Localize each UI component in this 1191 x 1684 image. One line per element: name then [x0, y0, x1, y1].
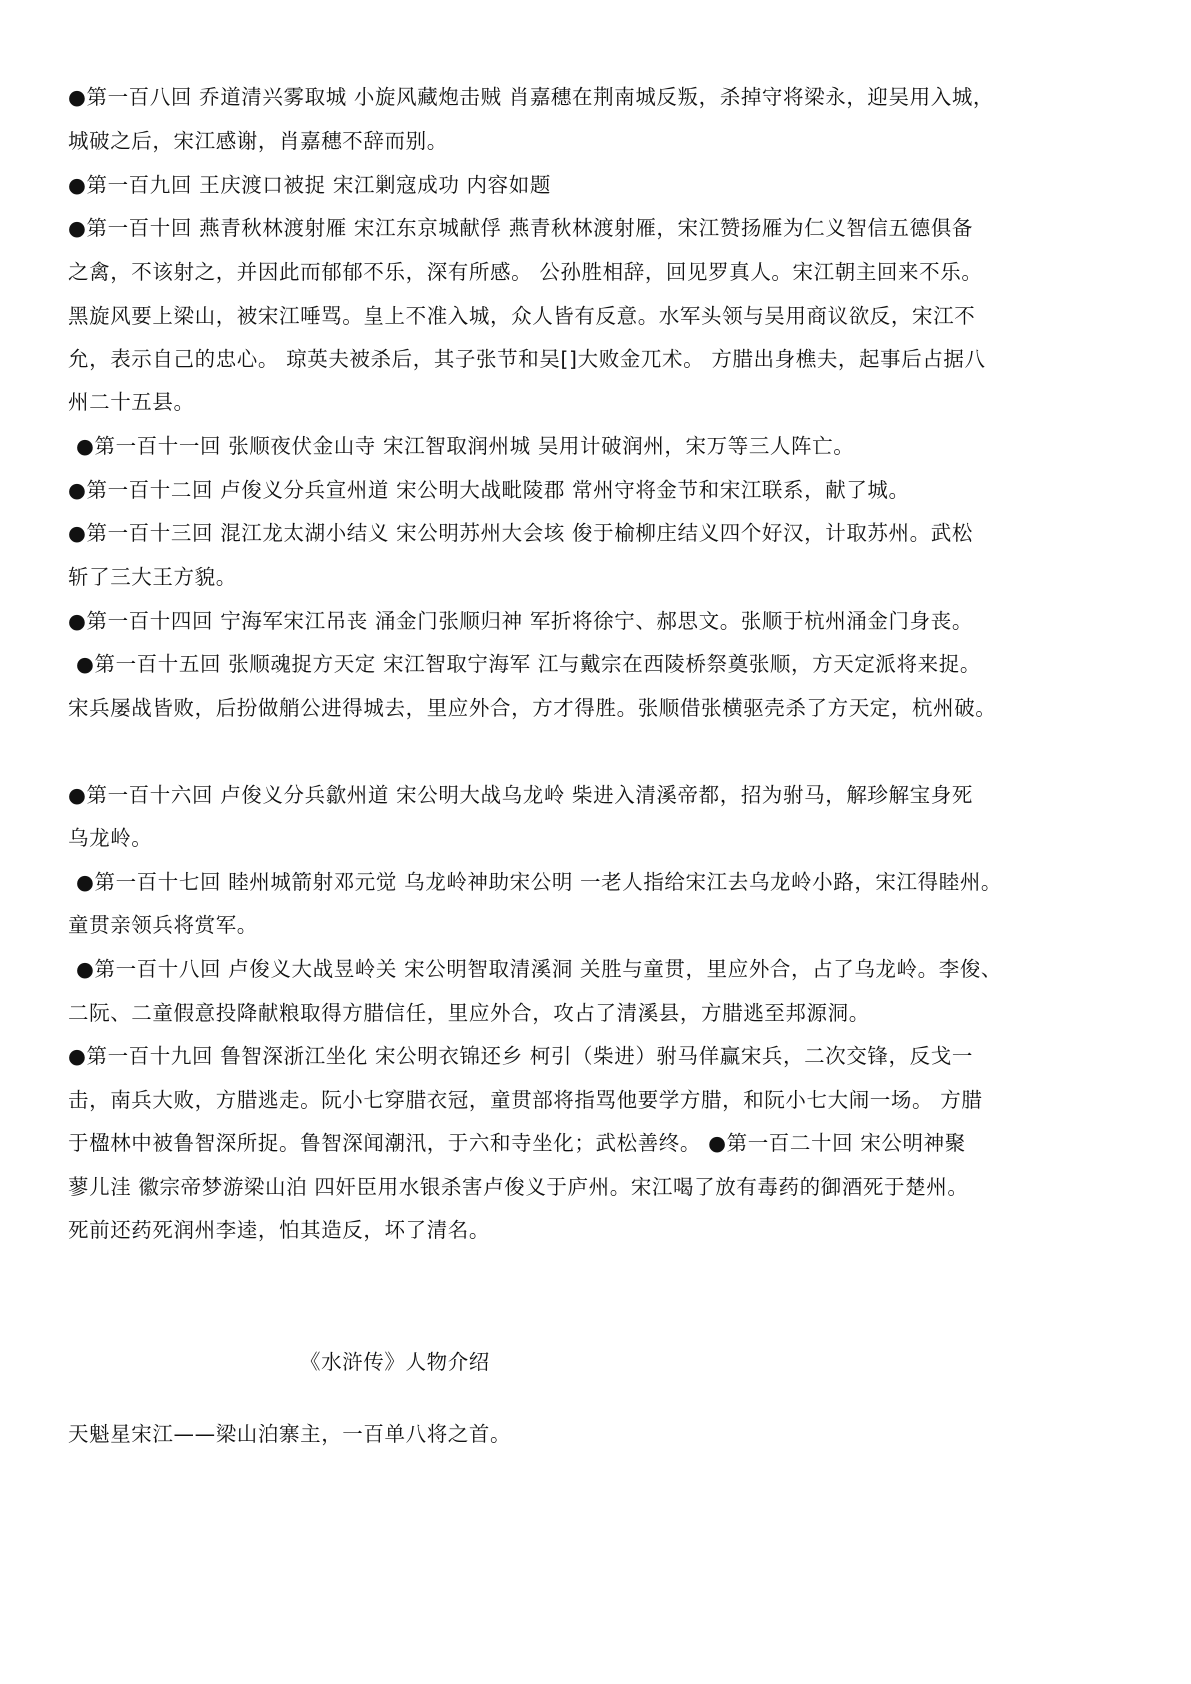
text-line-11: ●第一百十三回 混江龙太湖小结义 宋公明苏州大会垓 俊于榆柳庄结义四个好汉，计取… [68, 519, 973, 547]
text-line-25: 蓼儿洼 徽宗帝梦游梁山泊 四奸臣用水银杀害卢俊义于庐州。宋江喝了放有毒药的御酒死… [68, 1173, 968, 1201]
text-line-14: ●第一百十五回 张顺魂捉方天定 宋江智取宁海军 江与戴宗在西陵桥祭奠张顺，方天定… [76, 650, 981, 678]
text-line-5: 之禽，不该射之，并因此而郁郁不乐，深有所感。 公孙胜相辞，回见罗真人。宋江朝主回… [68, 258, 982, 286]
text-line-21: 二阮、二童假意投降献粮取得方腊信任，里应外合，攻占了清溪县，方腊逃至邦源洞。 [68, 999, 870, 1027]
text-line-1: ●第一百八回 乔道清兴雾取城 小旋风藏炮击贼 肖嘉穗在荆南城反叛，杀掉守将梁永，… [68, 83, 994, 111]
text-line-26: 死前还药死润州李逵，怕其造反，坏了清名。 [68, 1216, 490, 1244]
text-line-15: 宋兵屡战皆败，后扮做艄公进得城去，里应外合，方才得胜。张顺借张横驱壳杀了方天定，… [68, 694, 996, 722]
section-title: 《水浒传》人物介绍 [300, 1348, 490, 1376]
text-line-3: ●第一百九回 王庆渡口被捉 宋江剿寇成功 内容如题 [68, 171, 551, 199]
text-line-13: ●第一百十四回 宁海军宋江吊丧 涌金门张顺归神 军折将徐宁、郝思文。张顺于杭州涌… [68, 607, 973, 635]
text-line-12: 斩了三大王方貌。 [68, 563, 237, 591]
document-page: ●第一百八回 乔道清兴雾取城 小旋风藏炮击贼 肖嘉穗在荆南城反叛，杀掉守将梁永，… [0, 0, 1191, 1684]
text-line-18: ●第一百十七回 睦州城箭射邓元觉 乌龙岭神助宋公明 一老人指给宋江去乌龙岭小路，… [76, 868, 1002, 896]
text-line-4: ●第一百十回 燕青秋林渡射雁 宋江东京城献俘 燕青秋林渡射雁，宋江赞扬雁为仁义智… [68, 214, 973, 242]
text-line-8: 州二十五县。 [68, 388, 195, 416]
text-line-20: ●第一百十八回 卢俊义大战昱岭关 宋公明智取清溪洞 关胜与童贯，里应外合，占了乌… [76, 955, 1002, 983]
text-line-10: ●第一百十二回 卢俊义分兵宣州道 宋公明大战毗陵郡 常州守将金节和宋江联系，献了… [68, 476, 910, 504]
character-intro: 天魁星宋江——梁山泊寨主，一百单八将之首。 [68, 1420, 511, 1448]
text-line-24: 于楹林中被鲁智深所捉。鲁智深闻潮汛，于六和寺坐化；武松善终。 ●第一百二十回 宋… [68, 1129, 966, 1157]
text-line-16: ●第一百十六回 卢俊义分兵歙州道 宋公明大战乌龙岭 柴进入清溪帝都，招为驸马，解… [68, 781, 973, 809]
text-line-6: 黑旋风要上梁山，被宋江唾骂。皇上不准入城，众人皆有反意。水军头领与吴用商议欲反，… [68, 302, 975, 330]
text-line-2: 城破之后，宋江感谢，肖嘉穗不辞而别。 [68, 127, 448, 155]
text-line-7: 允，表示自己的忠心。 琼英夫被杀后，其子张节和吴[]大败金兀术。 方腊出身樵夫，… [68, 345, 986, 373]
text-line-19: 童贯亲领兵将赏军。 [68, 911, 258, 939]
text-line-22: ●第一百十九回 鲁智深浙江坐化 宋公明衣锦还乡 柯引（柴进）驸马佯赢宋兵，二次交… [68, 1042, 973, 1070]
text-line-9: ●第一百十一回 张顺夜伏金山寺 宋江智取润州城 吴用计破润州，宋万等三人阵亡。 [76, 432, 854, 460]
text-line-17: 乌龙岭。 [68, 824, 152, 852]
text-line-23: 击，南兵大败，方腊逃走。阮小七穿腊衣冠，童贯部将指骂他要学方腊，和阮小七大闹一场… [68, 1086, 982, 1114]
